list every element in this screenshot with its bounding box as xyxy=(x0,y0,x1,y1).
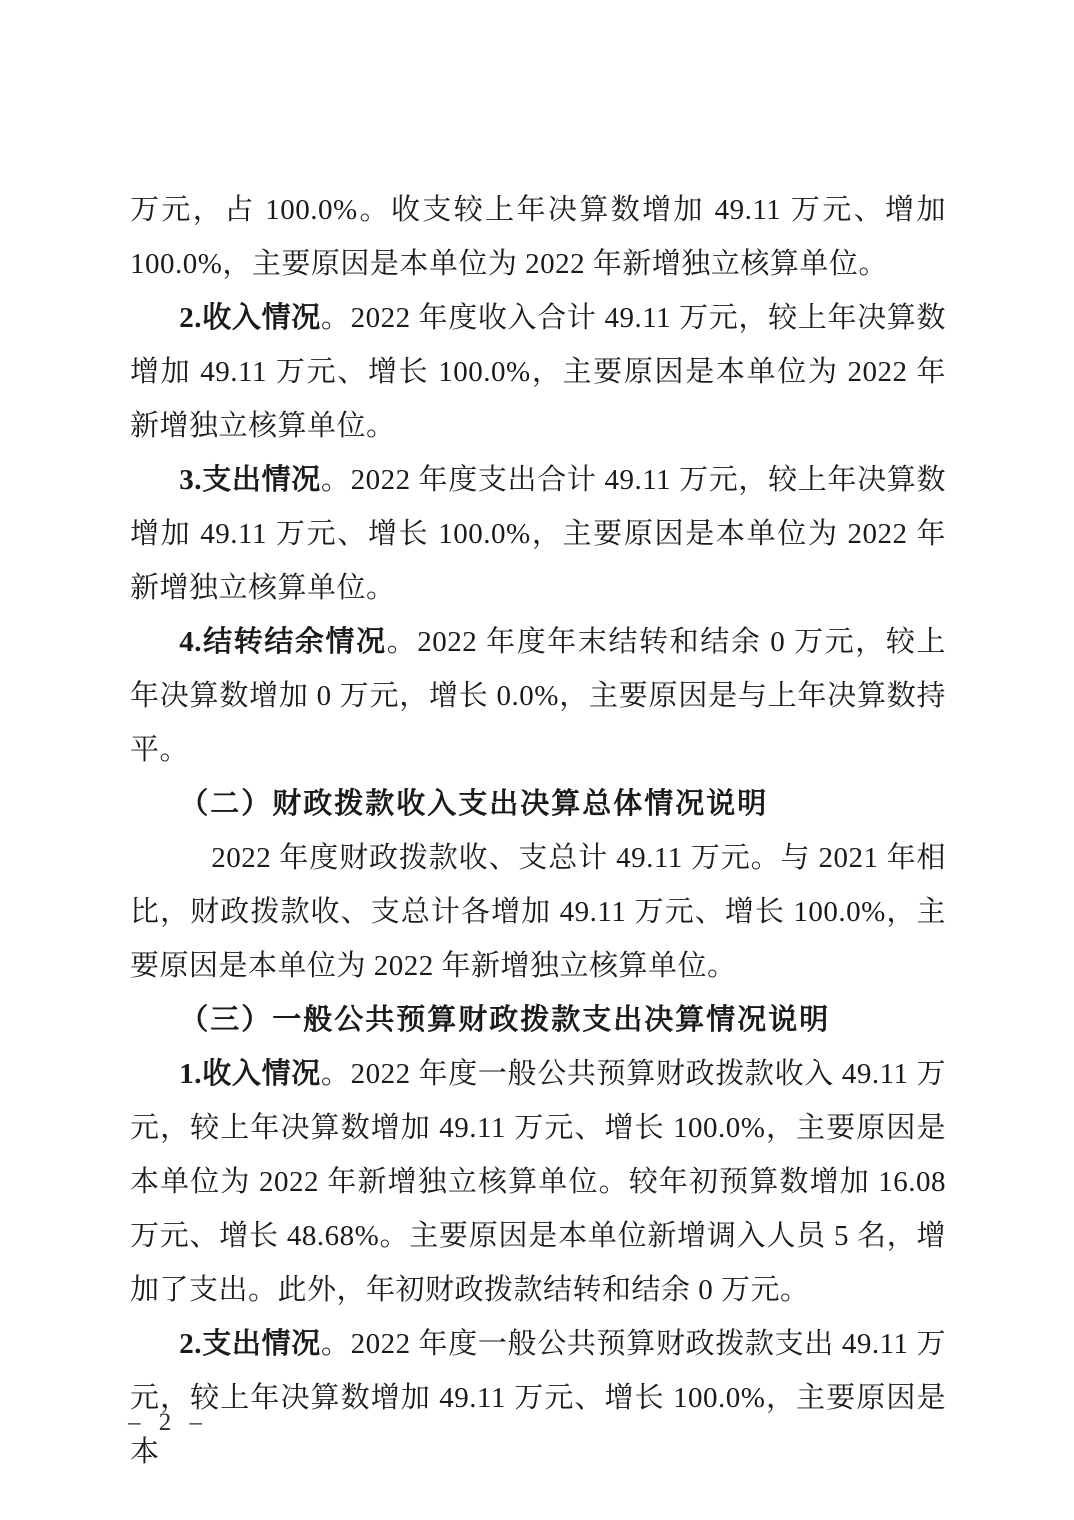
bold-text-run: 1.收入情况 xyxy=(179,1058,321,1090)
bold-text-run: 2.支出情况 xyxy=(179,1328,321,1360)
document-page: 万元，占 100.0%。收支较上年决算数增加 49.11 万元、增加 100.0… xyxy=(0,0,1074,1520)
paragraph: 1.收入情况。2022 年度一般公共预算财政拨款收入 49.11 万元，较上年决… xyxy=(130,1047,946,1317)
bold-text-run: 3.支出情况 xyxy=(179,464,321,496)
paragraph: 3.支出情况。2022 年度支出合计 49.11 万元，较上年决算数增加 49.… xyxy=(130,453,946,615)
bold-text-run: 2.收入情况 xyxy=(179,302,321,334)
page-number: – 2 – xyxy=(128,1405,208,1441)
paragraph: 2.收入情况。2022 年度收入合计 49.11 万元，较上年决算数增加 49.… xyxy=(130,291,946,453)
bold-text-run: （二）财政拨款收入支出决算总体情况说明 xyxy=(179,788,768,820)
bold-text-run: （三）一般公共预算财政拨款支出决算情况说明 xyxy=(179,1004,830,1036)
bold-text-run: 4.结转结余情况 xyxy=(179,626,386,658)
paragraph: 4.结转结余情况。2022 年度年末结转和结余 0 万元，较上年决算数增加 0 … xyxy=(130,615,946,777)
section-heading: （三）一般公共预算财政拨款支出决算情况说明 xyxy=(130,993,946,1047)
paragraph: 万元，占 100.0%。收支较上年决算数增加 49.11 万元、增加 100.0… xyxy=(130,183,946,291)
text-run: 。2022 年度一般公共预算财政拨款收入 49.11 万元，较上年决算数增加 4… xyxy=(130,1058,946,1306)
section-heading: （二）财政拨款收入支出决算总体情况说明 xyxy=(130,777,946,831)
paragraph: 2.支出情况。2022 年度一般公共预算财政拨款支出 49.11 万元，较上年决… xyxy=(130,1317,946,1479)
text-run: 万元，占 100.0%。收支较上年决算数增加 49.11 万元、增加 100.0… xyxy=(130,194,946,280)
text-run: 2022 年度财政拨款收、支总计 49.11 万元。与 2021 年相比，财政拨… xyxy=(130,842,946,982)
paragraph: 2022 年度财政拨款收、支总计 49.11 万元。与 2021 年相比，财政拨… xyxy=(130,831,946,993)
document-body: 万元，占 100.0%。收支较上年决算数增加 49.11 万元、增加 100.0… xyxy=(130,183,946,1479)
